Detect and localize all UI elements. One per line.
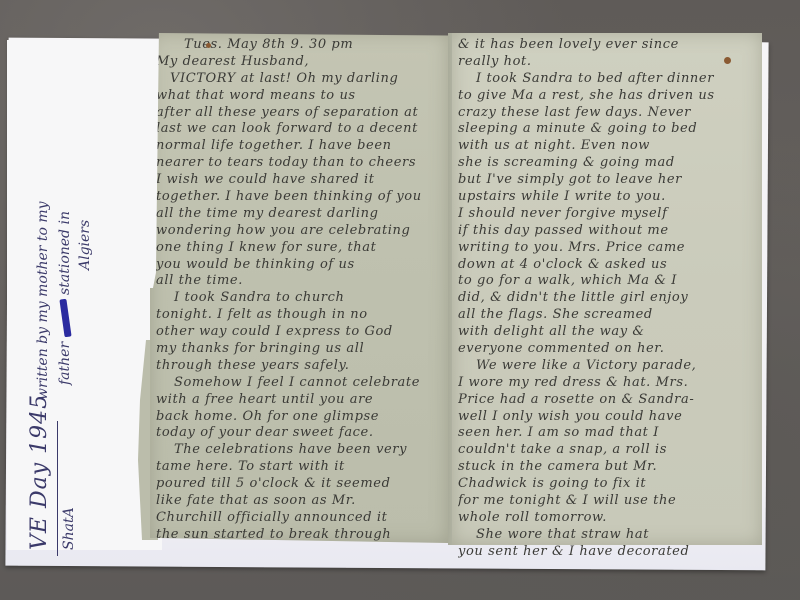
crossed-out-word — [59, 299, 71, 338]
letter-line: my thanks for bringing us all — [156, 341, 442, 358]
letter-line: couldn't take a snap, a roll is — [458, 442, 756, 459]
letter-line: through these years safely. — [156, 358, 442, 375]
letter-line: writing to you. Mrs. Price came — [458, 240, 756, 257]
letter-line: with us at night. Even now — [458, 138, 756, 155]
annotation-note-line-4: Algiers — [77, 220, 93, 270]
letter-line: if this day passed without me — [458, 223, 756, 240]
annotation-signature: ShatA — [61, 507, 77, 550]
letter-line: back home. Oh for one glimpse — [156, 409, 442, 426]
annotation-text-block: VE Day 1945 ShatA written by my mother t… — [27, 100, 117, 570]
letter-line: you would be thinking of us — [156, 257, 442, 274]
stain-mark — [724, 57, 731, 64]
letter-line: We were like a Victory parade, — [458, 358, 756, 375]
letter-line: really hot. — [458, 54, 756, 71]
letter-line: down at 4 o'clock & asked us — [458, 257, 756, 274]
letter-line: nearer to tears today than to cheers — [156, 155, 442, 172]
letter-line: last we can look forward to a decent — [156, 121, 442, 138]
letter-line: all the time. — [156, 273, 442, 290]
letter-line: Churchill officially announced it — [156, 510, 442, 527]
letter-line: for me tonight & I will use the — [458, 493, 756, 510]
letter-line: upstairs while I write to you. — [458, 189, 756, 206]
annotation-note-line-2: father stationed in — [57, 211, 73, 385]
letter-line: you sent her & I have decorated — [458, 544, 756, 561]
letter-line: with delight all the way & — [458, 324, 756, 341]
letter-line: I took Sandra to bed after dinner — [458, 71, 756, 88]
letter-line: everyone commented on her. — [458, 341, 756, 358]
letter-line: one thing I knew for sure, that — [156, 240, 442, 257]
stain-mark — [206, 43, 211, 48]
letter-line: The celebrations have been very — [156, 442, 442, 459]
letter-line: with a free heart until you are — [156, 392, 442, 409]
letter-line: Price had a rosette on & Sandra- — [458, 392, 756, 409]
letter-line: but I've simply got to leave her — [458, 172, 756, 189]
letter-line: Somehow I feel I cannot celebrate — [156, 375, 442, 392]
letter-line: VICTORY at last! Oh my darling — [156, 71, 442, 88]
letter-line: after all these years of separation at — [156, 105, 442, 122]
letter-line: to go for a walk, which Ma & I — [458, 273, 756, 290]
letter-line: like fate that as soon as Mr. — [156, 493, 442, 510]
letter-line: I wore my red dress & hat. Mrs. — [458, 375, 756, 392]
letter-line: did, & didn't the little girl enjoy — [458, 290, 756, 307]
letter-line: & it has been lovely ever since — [458, 37, 756, 54]
letter-line: Chadwick is going to fix it — [458, 476, 756, 493]
letter-line: crazy these last few days. Never — [458, 105, 756, 122]
letter-line: sleeping a minute & going to bed — [458, 121, 756, 138]
letter-line: all the flags. She screamed — [458, 307, 756, 324]
letter-line: together. I have been thinking of you — [156, 189, 442, 206]
letter-left-page: Tues. May 8th 9. 30 pm My dearest Husban… — [150, 33, 448, 543]
letter-line: stuck in the camera but Mr. — [458, 459, 756, 476]
letter-right-page: & it has been lovely ever since really h… — [452, 33, 762, 545]
letter-line: I wish we could have shared it — [156, 172, 442, 189]
letter-line: poured till 5 o'clock & it seemed — [156, 476, 442, 493]
letter-line: seen her. I am so mad that I — [458, 425, 756, 442]
left-page-text: Tues. May 8th 9. 30 pm My dearest Husban… — [156, 37, 442, 544]
letter-line: other way could I express to God — [156, 324, 442, 341]
letter-line: wondering how you are celebrating — [156, 223, 442, 240]
letter-line: she is screaming & going mad — [458, 155, 756, 172]
letter-date-line: Tues. May 8th 9. 30 pm — [156, 37, 442, 54]
letter-salutation: My dearest Husband, — [156, 54, 442, 71]
letter-line: all the time my dearest darling — [156, 206, 442, 223]
letter-line: normal life together. I have been — [156, 138, 442, 155]
letter-line: today of your dear sweet face. — [156, 425, 442, 442]
letter-line: tame here. To start with it — [156, 459, 442, 476]
letter-line: what that word means to us — [156, 88, 442, 105]
letter-line: I took Sandra to church — [156, 290, 442, 307]
annotation-underline — [57, 421, 58, 556]
letter-line: well I only wish you could have — [458, 409, 756, 426]
letter-line: tonight. I felt as though in no — [156, 307, 442, 324]
right-page-text: & it has been lovely ever since really h… — [458, 37, 756, 561]
letter-line: I should never forgive myself — [458, 206, 756, 223]
letter-line: to give Ma a rest, she has driven us — [458, 88, 756, 105]
annotation-note-line-1: written by my mother to my — [35, 201, 51, 400]
letter-line: whole roll tomorrow. — [458, 510, 756, 527]
letter-line: She wore that straw hat — [458, 527, 756, 544]
annotation-title: VE Day 1945 — [27, 394, 52, 550]
